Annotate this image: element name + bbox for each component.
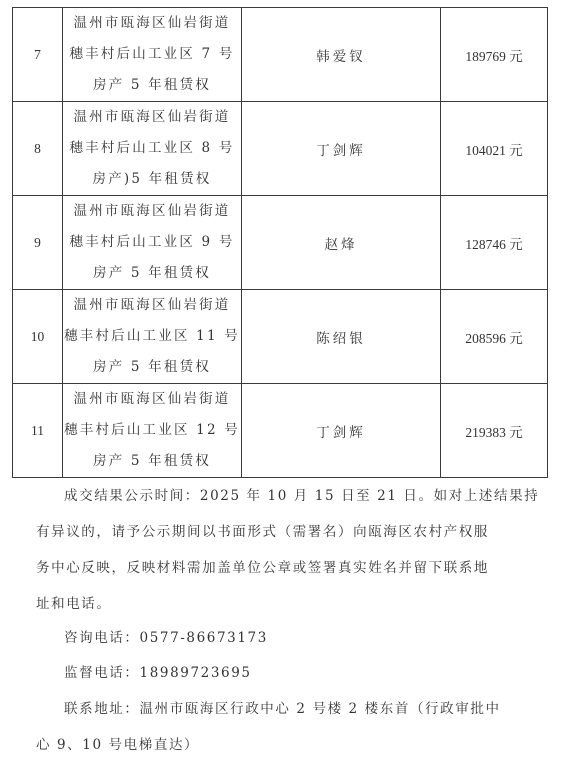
winner-name: 陈绍银 [242,290,441,384]
asset-description: 温州市瓯海区仙岩街道 穗丰村后山工业区 9 号 房产 5 年租赁权 [63,196,242,290]
winner-name: 丁剑辉 [242,102,441,196]
asset-line: 温州市瓯海区仙岩街道 [63,384,241,415]
notice-line: 址和电话。 [36,592,112,612]
asset-line: 穗丰村后山工业区 8 号 [63,133,241,164]
asset-line: 穗丰村后山工业区 9 号 [63,227,241,258]
notice-line: 成交结果公示时间：2025 年 10 月 15 日至 21 日。如对上述结果持 [64,484,539,504]
notice-line: 务中心反映，反映材料需加盖单位公章或签署真实姓名并留下联系地 [36,556,489,576]
transaction-price: 189769 元 [441,8,548,102]
asset-line: 温州市瓯海区仙岩街道 [63,102,241,133]
asset-description: 温州市瓯海区仙岩街道 穗丰村后山工业区 8 号 房产)5 年租赁权 [63,102,242,196]
winner-name: 丁剑辉 [242,384,441,478]
contact-address-cont: 心 9、10 号电梯直达） [36,733,199,753]
contact-address: 联系地址：温州市瓯海区行政中心 2 号楼 2 楼东首（行政审批中 [64,697,501,717]
table-row: 9 温州市瓯海区仙岩街道 穗丰村后山工业区 9 号 房产 5 年租赁权 赵烽 1… [13,196,548,290]
asset-line: 房产 5 年租赁权 [63,352,241,383]
transaction-price: 219383 元 [441,384,548,478]
transaction-price: 208596 元 [441,290,548,384]
asset-description: 温州市瓯海区仙岩街道 穗丰村后山工业区 12 号 房产 5 年租赁权 [63,384,242,478]
table-row: 10 温州市瓯海区仙岩街道 穗丰村后山工业区 11 号 房产 5 年租赁权 陈绍… [13,290,548,384]
asset-line: 温州市瓯海区仙岩街道 [63,290,241,321]
winner-name: 韩爱钗 [242,8,441,102]
transaction-price: 104021 元 [441,102,548,196]
consult-phone: 咨询电话：0577-86673173 [64,626,268,646]
asset-line: 穗丰村后山工业区 7 号 [63,39,241,70]
asset-line: 房产 5 年租赁权 [63,446,241,477]
row-number: 11 [13,384,63,478]
transaction-price: 128746 元 [441,196,548,290]
row-number: 8 [13,102,63,196]
transaction-results-table: 7 温州市瓯海区仙岩街道 穗丰村后山工业区 7 号 房产 5 年租赁权 韩爱钗 … [12,7,548,478]
row-number: 10 [13,290,63,384]
row-number: 7 [13,8,63,102]
asset-description: 温州市瓯海区仙岩街道 穗丰村后山工业区 7 号 房产 5 年租赁权 [63,8,242,102]
asset-line: 房产 5 年租赁权 [63,258,241,289]
table-row: 7 温州市瓯海区仙岩街道 穗丰村后山工业区 7 号 房产 5 年租赁权 韩爱钗 … [13,8,548,102]
asset-line: 温州市瓯海区仙岩街道 [63,196,241,227]
table-row: 8 温州市瓯海区仙岩街道 穗丰村后山工业区 8 号 房产)5 年租赁权 丁剑辉 … [13,102,548,196]
notice-line: 有异议的，请予公示期间以书面形式（需署名）向瓯海区农村产权服 [36,520,489,540]
asset-line: 穗丰村后山工业区 11 号 [63,321,241,352]
asset-line: 温州市瓯海区仙岩街道 [63,8,241,39]
asset-line: 房产)5 年租赁权 [63,164,241,195]
asset-line: 穗丰村后山工业区 12 号 [63,415,241,446]
asset-description: 温州市瓯海区仙岩街道 穗丰村后山工业区 11 号 房产 5 年租赁权 [63,290,242,384]
row-number: 9 [13,196,63,290]
winner-name: 赵烽 [242,196,441,290]
supervise-phone: 监督电话：18989723695 [64,661,252,681]
asset-line: 房产 5 年租赁权 [63,70,241,101]
table-row: 11 温州市瓯海区仙岩街道 穗丰村后山工业区 12 号 房产 5 年租赁权 丁剑… [13,384,548,478]
